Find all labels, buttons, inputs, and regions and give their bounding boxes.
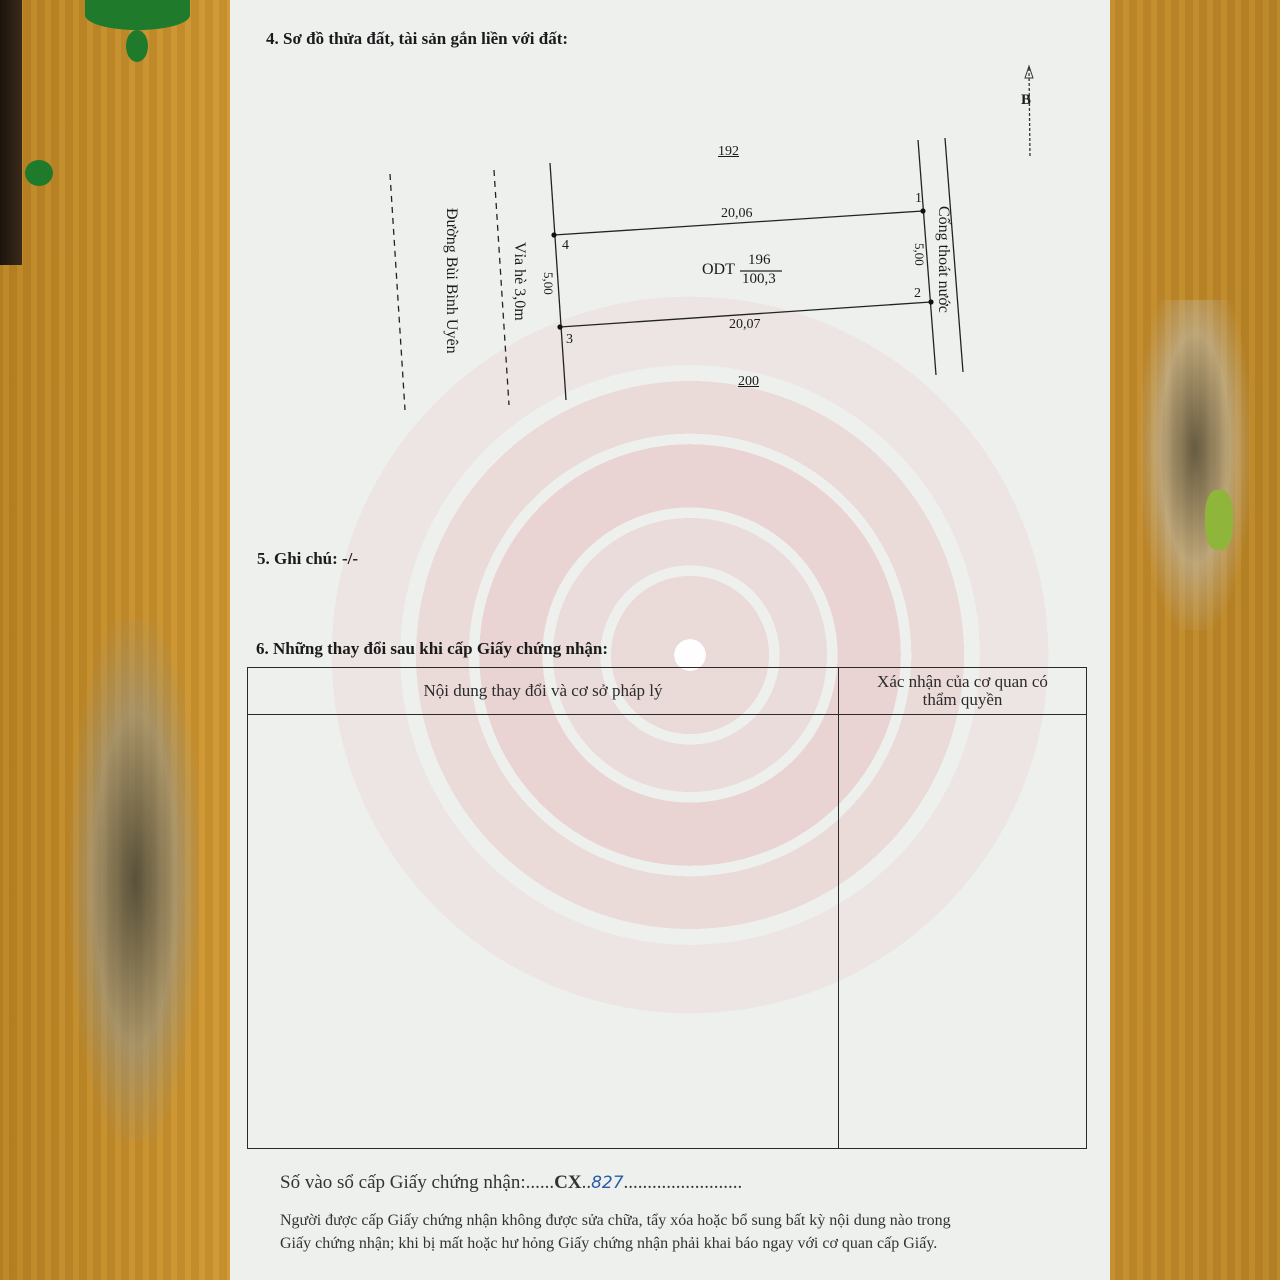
edge-top-length: 20,06 (721, 206, 753, 222)
changes-table-header: Nội dung thay đổi và cơ sở pháp lý Xác n… (248, 668, 1087, 715)
changes-table-empty-row (248, 715, 1087, 1149)
sidewalk-label: Vỉa hè 3,0m (510, 242, 528, 321)
confirmation-cell (839, 715, 1087, 1149)
notice-line-2: Giấy chứng nhận; khi bị mất hoặc hư hỏng… (280, 1235, 937, 1253)
section5-title: 5. Ghi chú: -/- (257, 549, 358, 569)
registry-label: Số vào sổ cấp Giấy chứng nhận: (280, 1172, 526, 1193)
registry-line: Số vào sổ cấp Giấy chứng nhận:......CX..… (280, 1172, 742, 1194)
worn-patch-right (1140, 300, 1250, 630)
edge-left-length: 5,00 (540, 272, 556, 295)
drain-label: Cống thoát nước (934, 206, 952, 313)
land-use-code: ODT (702, 261, 735, 279)
point-2-label: 2 (914, 286, 921, 302)
parcel-number: 196 (748, 252, 771, 269)
point-4-label: 4 (562, 238, 569, 254)
notice-line-1: Người được cấp Giấy chứng nhận không đượ… (280, 1212, 951, 1230)
registry-dots: ......................... (624, 1172, 743, 1193)
neighbor-parcel-top: 192 (718, 144, 739, 160)
column-header-content: Nội dung thay đổi và cơ sở pháp lý (248, 668, 839, 715)
registry-number-handwritten: 827 (591, 1173, 623, 1193)
column-header-confirmation: Xác nhận của cơ quan có thẩm quyền (839, 668, 1087, 715)
north-label: B (1021, 92, 1031, 109)
edge-bottom-length: 20,07 (729, 317, 761, 333)
content-cell (248, 715, 839, 1149)
registry-prefix: CX (554, 1172, 581, 1193)
green-paint-drip (126, 30, 148, 62)
neighbor-parcel-bottom: 200 (738, 374, 759, 390)
green-paint-spot (25, 160, 53, 186)
edge-right-length: 5,00 (911, 243, 927, 266)
section4-title: 4. Sơ đồ thửa đất, tài sản gắn liền với … (266, 29, 568, 49)
road-label: Đường Bùi Bình Uyên (442, 208, 460, 354)
point-1-label: 1 (915, 191, 922, 207)
leaf-fragment (1205, 490, 1233, 550)
worn-patch-left (70, 620, 200, 1140)
section6-title: 6. Những thay đổi sau khi cấp Giấy chứng… (256, 639, 608, 659)
changes-table: Nội dung thay đổi và cơ sở pháp lý Xác n… (247, 667, 1087, 1149)
parcel-area: 100,3 (742, 271, 776, 288)
green-paint-stain (85, 0, 190, 30)
dark-object-edge (0, 0, 22, 265)
point-3-label: 3 (566, 332, 573, 348)
